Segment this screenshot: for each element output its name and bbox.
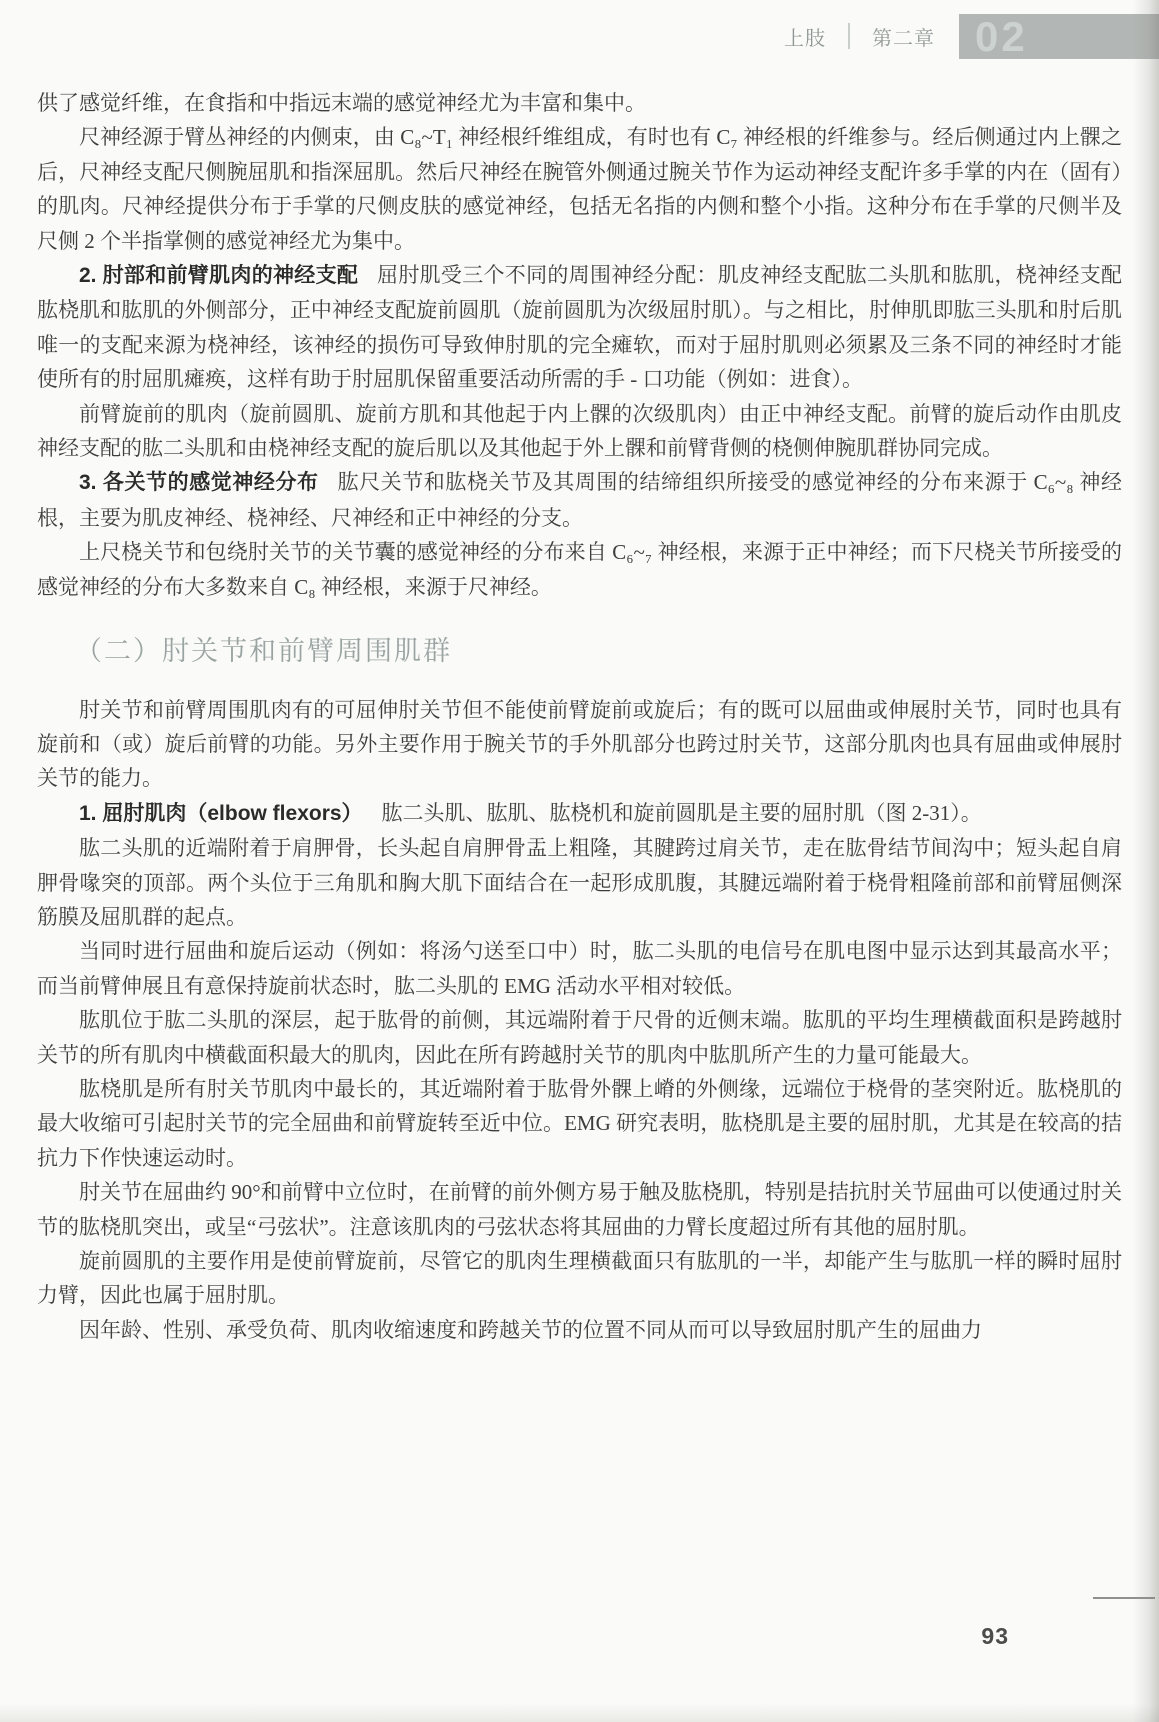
paragraph: 供了感觉纤维，在食指和中指远末端的感觉神经尤为丰富和集中。 [37, 86, 1122, 120]
paragraph: 前臂旋前的肌肉（旋前圆肌、旋前方肌和其他起于内上髁的次级肌肉）由正中神经支配。前… [37, 397, 1122, 466]
page-header: 上肢 第二章 02 [0, 12, 1159, 60]
header-part-label: 上肢 [784, 22, 826, 51]
paragraph: 因年龄、性别、承受负荷、肌肉收缩速度和跨越关节的位置不同从而可以导致屈肘肌产生的… [37, 1313, 1122, 1347]
paragraph-text: 肱二头肌的近端附着于肩胛骨，长头起自肩胛骨盂上粗隆，其腱跨过肩关节，走在肱骨结节… [37, 836, 1122, 929]
scan-edge-shadow-right [1133, 0, 1159, 1722]
paragraph-text: 旋前圆肌的主要作用是使前臂旋前，尽管它的肌肉生理横截面只有肱肌的一半，却能产生与… [37, 1249, 1122, 1307]
header-divider [848, 23, 850, 49]
paragraph-text: 前臂旋前的肌肉（旋前圆肌、旋前方肌和其他起于内上髁的次级肌肉）由正中神经支配。前… [37, 402, 1122, 460]
chapter-number-badge: 02 [959, 14, 1159, 59]
paragraph: 当同时进行屈曲和旋后运动（例如：将汤勺送至口中）时，肱二头肌的电信号在肌电图中显… [37, 934, 1122, 1003]
paragraph-text: 当同时进行屈曲和旋后运动（例如：将汤勺送至口中）时，肱二头肌的电信号在肌电图中显… [37, 939, 1122, 997]
paragraph-text: 上尺桡关节和包绕肘关节的关节囊的感觉神经的分布来自 C₆~₇ 神经根，来源于正中… [37, 540, 1122, 598]
page-number: 93 [981, 1623, 1009, 1650]
paragraph: 肱桡肌是所有肘关节肌肉中最长的，其近端附着于肱骨外髁上嵴的外侧缘，远端位于桡骨的… [37, 1072, 1122, 1175]
paragraph-heading: 2. 肘部和前臂肌肉的神经支配 [79, 264, 358, 287]
paragraph-text: 肱肌位于肱二头肌的深层，起于肱骨的前侧，其远端附着于尺骨的近侧末端。肱肌的平均生… [37, 1008, 1122, 1066]
paragraph: 3. 各关节的感觉神经分布肱尺关节和肱桡关节及其周围的结缔组织所接受的感觉神经的… [37, 465, 1122, 535]
paragraph: 1. 屈肘肌肉（elbow flexors）肱二头肌、肱肌、肱桡机和旋前圆肌是主… [37, 796, 1122, 831]
paragraph-text: 尺神经源于臂丛神经的内侧束，由 C₈~T₁ 神经根纤维组成，有时也有 C₇ 神经… [37, 125, 1122, 252]
paragraph-text: 肱二头肌、肱肌、肱桡机和旋前圆肌是主要的屈肘肌（图 2-31）。 [381, 801, 981, 825]
paragraph-text: 供了感觉纤维，在食指和中指远末端的感觉神经尤为丰富和集中。 [37, 91, 646, 115]
paragraph: 2. 肘部和前臂肌肉的神经支配屈肘肌受三个不同的周围神经分配：肌皮神经支配肱二头… [37, 258, 1122, 397]
paragraph: 肱二头肌的近端附着于肩胛骨，长头起自肩胛骨盂上粗隆，其腱跨过肩关节，走在肱骨结节… [37, 831, 1122, 934]
paragraph-text: 肘关节在屈曲约 90°和前臂中立位时，在前臂的前外侧方易于触及肱桡肌，特别是拮抗… [37, 1180, 1122, 1238]
paragraph: 肘关节和前臂周围肌肉有的可屈伸肘关节但不能使前臂旋前或旋后；有的既可以屈曲或伸展… [37, 693, 1122, 796]
header-chapter-label: 第二章 [872, 22, 935, 51]
paragraph-heading: 3. 各关节的感觉神经分布 [79, 471, 319, 494]
paragraph: 上尺桡关节和包绕肘关节的关节囊的感觉神经的分布来自 C₆~₇ 神经根，来源于正中… [37, 535, 1122, 604]
paragraph-text: 肱桡肌是所有肘关节肌肉中最长的，其近端附着于肱骨外髁上嵴的外侧缘，远端位于桡骨的… [37, 1077, 1122, 1170]
paragraph-text: 因年龄、性别、承受负荷、肌肉收缩速度和跨越关节的位置不同从而可以导致屈肘肌产生的… [79, 1318, 982, 1342]
paragraph: 肱肌位于肱二头肌的深层，起于肱骨的前侧，其远端附着于尺骨的近侧末端。肱肌的平均生… [37, 1003, 1122, 1072]
section-heading: （二）肘关节和前臂周围肌群 [37, 634, 1122, 668]
paragraph: 旋前圆肌的主要作用是使前臂旋前，尽管它的肌肉生理横截面只有肱肌的一半，却能产生与… [37, 1244, 1122, 1313]
book-page: 上肢 第二章 02 供了感觉纤维，在食指和中指远末端的感觉神经尤为丰富和集中。 … [0, 0, 1159, 1722]
paragraph: 肘关节在屈曲约 90°和前臂中立位时，在前臂的前外侧方易于触及肱桡肌，特别是拮抗… [37, 1175, 1122, 1244]
paragraph-heading: 1. 屈肘肌肉（elbow flexors） [79, 802, 363, 825]
scan-edge-shadow-bottom [0, 1704, 1159, 1722]
chapter-number: 02 [959, 14, 1028, 59]
footer-rule [1093, 1597, 1155, 1599]
page-body: 供了感觉纤维，在食指和中指远末端的感觉神经尤为丰富和集中。 尺神经源于臂丛神经的… [37, 86, 1122, 1347]
paragraph: 尺神经源于臂丛神经的内侧束，由 C₈~T₁ 神经根纤维组成，有时也有 C₇ 神经… [37, 120, 1122, 258]
paragraph-text: 肘关节和前臂周围肌肉有的可屈伸肘关节但不能使前臂旋前或旋后；有的既可以屈曲或伸展… [37, 698, 1122, 791]
